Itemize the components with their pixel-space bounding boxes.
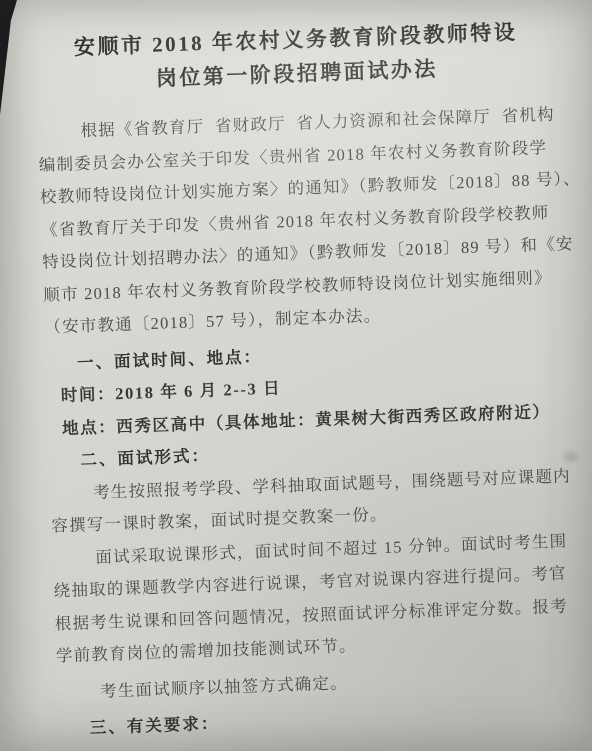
- document-page: 安顺市 2018 年农村义务教育阶段教师特设 岗位第一阶段招聘面试办法 根据《省…: [34, 14, 581, 746]
- section2-paragraph-2: 面试采取说课形式，面试时间不超过 15 分钟。面试时考生围绕抽取的课题教学内容进…: [52, 525, 578, 673]
- intro-paragraph: 根据《省教育厅 省财政厅 省人力资源和社会保障厅 省机构编制委员会办公室关于印发…: [37, 99, 567, 345]
